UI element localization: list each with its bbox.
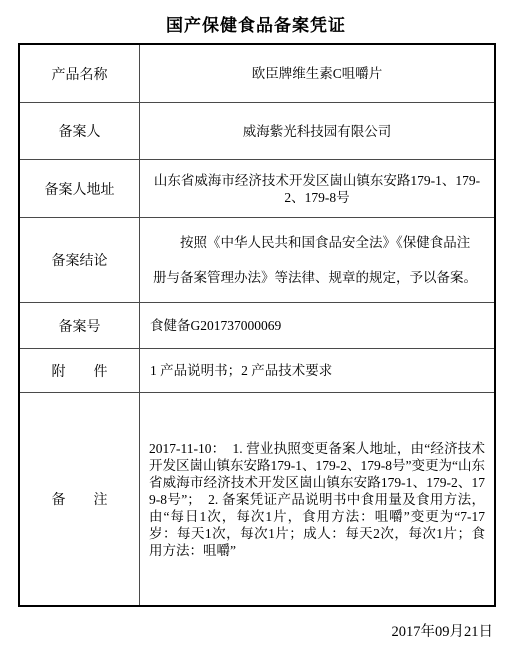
filing-conclusion-label: 备案结论 bbox=[20, 218, 140, 302]
remarks-text: 2017-11-10： 1. 营业执照变更备案人地址，由“经济技术开发区崮山镇东… bbox=[140, 440, 494, 559]
certificate-page: 国产保健食品备案凭证 产品名称 欧臣牌维生素C咀嚼片 备案人 威海紫光科技园有限… bbox=[0, 0, 512, 645]
product-name-label: 产品名称 bbox=[20, 45, 140, 102]
filing-number-value: 食健备G201737000069 bbox=[140, 303, 494, 348]
remarks-label: 备 注 bbox=[20, 393, 140, 605]
table-row-filer-address: 备案人地址 山东省威海市经济技术开发区崮山镇东安路179-1、179-2、179… bbox=[20, 160, 494, 218]
table-row-filing-conclusion: 备案结论 按照《中华人民共和国食品安全法》《保健食品注册与备案管理办法》等法律、… bbox=[20, 218, 494, 303]
filer-value: 威海紫光科技园有限公司 bbox=[140, 103, 494, 159]
filing-number-label: 备案号 bbox=[20, 303, 140, 348]
attachments-value: 1 产品说明书；2 产品技术要求 bbox=[140, 349, 494, 392]
table-row-filing-number: 备案号 食健备G201737000069 bbox=[20, 303, 494, 349]
attachments-text: 1 产品说明书；2 产品技术要求 bbox=[140, 362, 342, 379]
filer-address-value: 山东省威海市经济技术开发区崮山镇东安路179-1、179-2、179-8号 bbox=[140, 160, 494, 217]
table-row-remarks: 备 注 2017-11-10： 1. 营业执照变更备案人地址，由“经济技术开发区… bbox=[20, 393, 494, 605]
table-row-filer: 备案人 威海紫光科技园有限公司 bbox=[20, 103, 494, 160]
filer-address-text: 山东省威海市经济技术开发区崮山镇东安路179-1、179-2、179-8号 bbox=[140, 172, 494, 206]
issue-date: 2017年09月21日 bbox=[0, 607, 512, 641]
filer-text: 威海紫光科技园有限公司 bbox=[235, 123, 400, 140]
product-name-text: 欧臣牌维生素C咀嚼片 bbox=[244, 65, 391, 82]
filing-number-text: 食健备G201737000069 bbox=[140, 317, 291, 334]
product-name-value: 欧臣牌维生素C咀嚼片 bbox=[140, 45, 494, 102]
page-title: 国产保健食品备案凭证 bbox=[0, 0, 512, 43]
filing-conclusion-text: 按照《中华人民共和国食品安全法》《保健食品注册与备案管理办法》等法律、规章的规定… bbox=[140, 225, 494, 295]
filing-conclusion-value: 按照《中华人民共和国食品安全法》《保健食品注册与备案管理办法》等法律、规章的规定… bbox=[140, 218, 494, 302]
filer-address-label: 备案人地址 bbox=[20, 160, 140, 217]
table-row-product-name: 产品名称 欧臣牌维生素C咀嚼片 bbox=[20, 45, 494, 103]
attachments-label: 附 件 bbox=[20, 349, 140, 392]
table-row-attachments: 附 件 1 产品说明书；2 产品技术要求 bbox=[20, 349, 494, 393]
certificate-table: 产品名称 欧臣牌维生素C咀嚼片 备案人 威海紫光科技园有限公司 备案人地址 山东… bbox=[18, 43, 496, 607]
filer-label: 备案人 bbox=[20, 103, 140, 159]
remarks-value: 2017-11-10： 1. 营业执照变更备案人地址，由“经济技术开发区崮山镇东… bbox=[140, 393, 494, 605]
